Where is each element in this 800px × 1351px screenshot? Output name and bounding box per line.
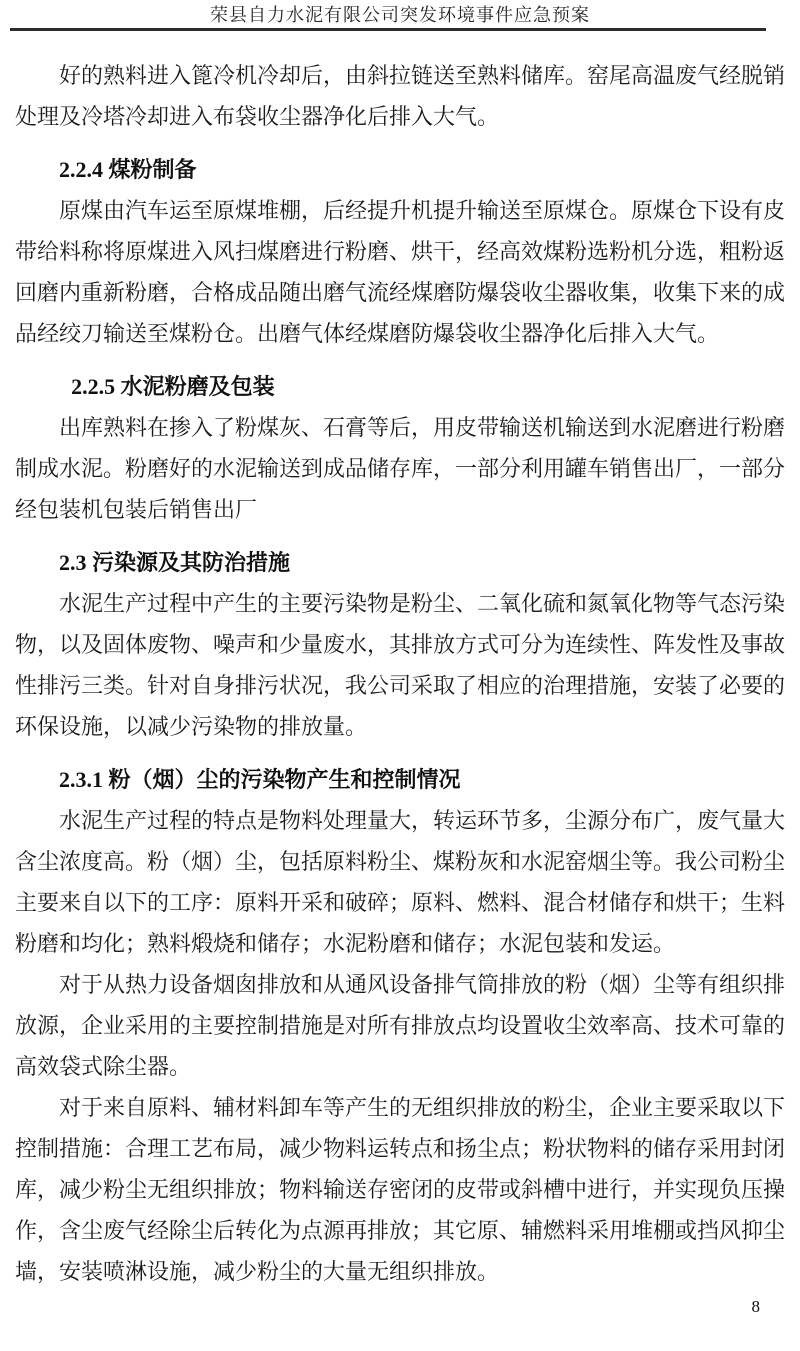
paragraph-clinker-cooling: 好的熟料进入篦冷机冷却后，由斜拉链送至熟料储库。窑尾高温废气经脱销处理及冷塔冷却… — [15, 55, 785, 137]
paragraph-dust-characteristics: 水泥生产过程的特点是物料处理量大，转运环节多，尘源分布广，废气量大含尘浓度高。粉… — [15, 800, 785, 964]
heading-2-3-1: 2.3.1 粉（烟）尘的污染物产生和控制情况 — [15, 759, 785, 800]
heading-2-2-4: 2.2.4 煤粉制备 — [15, 149, 785, 190]
paragraph-pollution-sources-overview: 水泥生产过程中产生的主要污染物是粉尘、二氧化硫和氮氧化物等气态污染物，以及固体废… — [15, 583, 785, 747]
paragraph-unorganized-emission-control: 对于来自原料、辅材料卸车等产生的无组织排放的粉尘，企业主要采取以下控制措施：合理… — [15, 1087, 785, 1292]
paragraph-organized-emission-control: 对于从热力设备烟囱排放和从通风设备排气筒排放的粉（烟）尘等有组织排放源，企业采用… — [15, 964, 785, 1087]
paragraph-cement-grinding-packing: 出库熟料在掺入了粉煤灰、石膏等后，用皮带输送机输送到水泥磨进行粉磨制成水泥。粉磨… — [15, 407, 785, 530]
document-title: 荣县自力水泥有限公司突发环境事件应急预案 — [0, 5, 800, 25]
heading-2-3: 2.3 污染源及其防治措施 — [15, 542, 785, 583]
document-page: 荣县自力水泥有限公司突发环境事件应急预案 好的熟料进入篦冷机冷却后，由斜拉链送至… — [0, 0, 800, 1351]
page-number: 8 — [752, 1297, 761, 1317]
paragraph-coal-powder-preparation: 原煤由汽车运至原煤堆棚，后经提升机提升输送至原煤仓。原煤仓下设有皮带给料称将原煤… — [15, 190, 785, 354]
page-header: 荣县自力水泥有限公司突发环境事件应急预案 — [0, 0, 800, 31]
document-body: 好的熟料进入篦冷机冷却后，由斜拉链送至熟料储库。窑尾高温废气经脱销处理及冷塔冷却… — [15, 55, 785, 1292]
header-rule — [10, 28, 766, 31]
heading-2-2-5: 2.2.5 水泥粉磨及包装 — [15, 366, 785, 407]
